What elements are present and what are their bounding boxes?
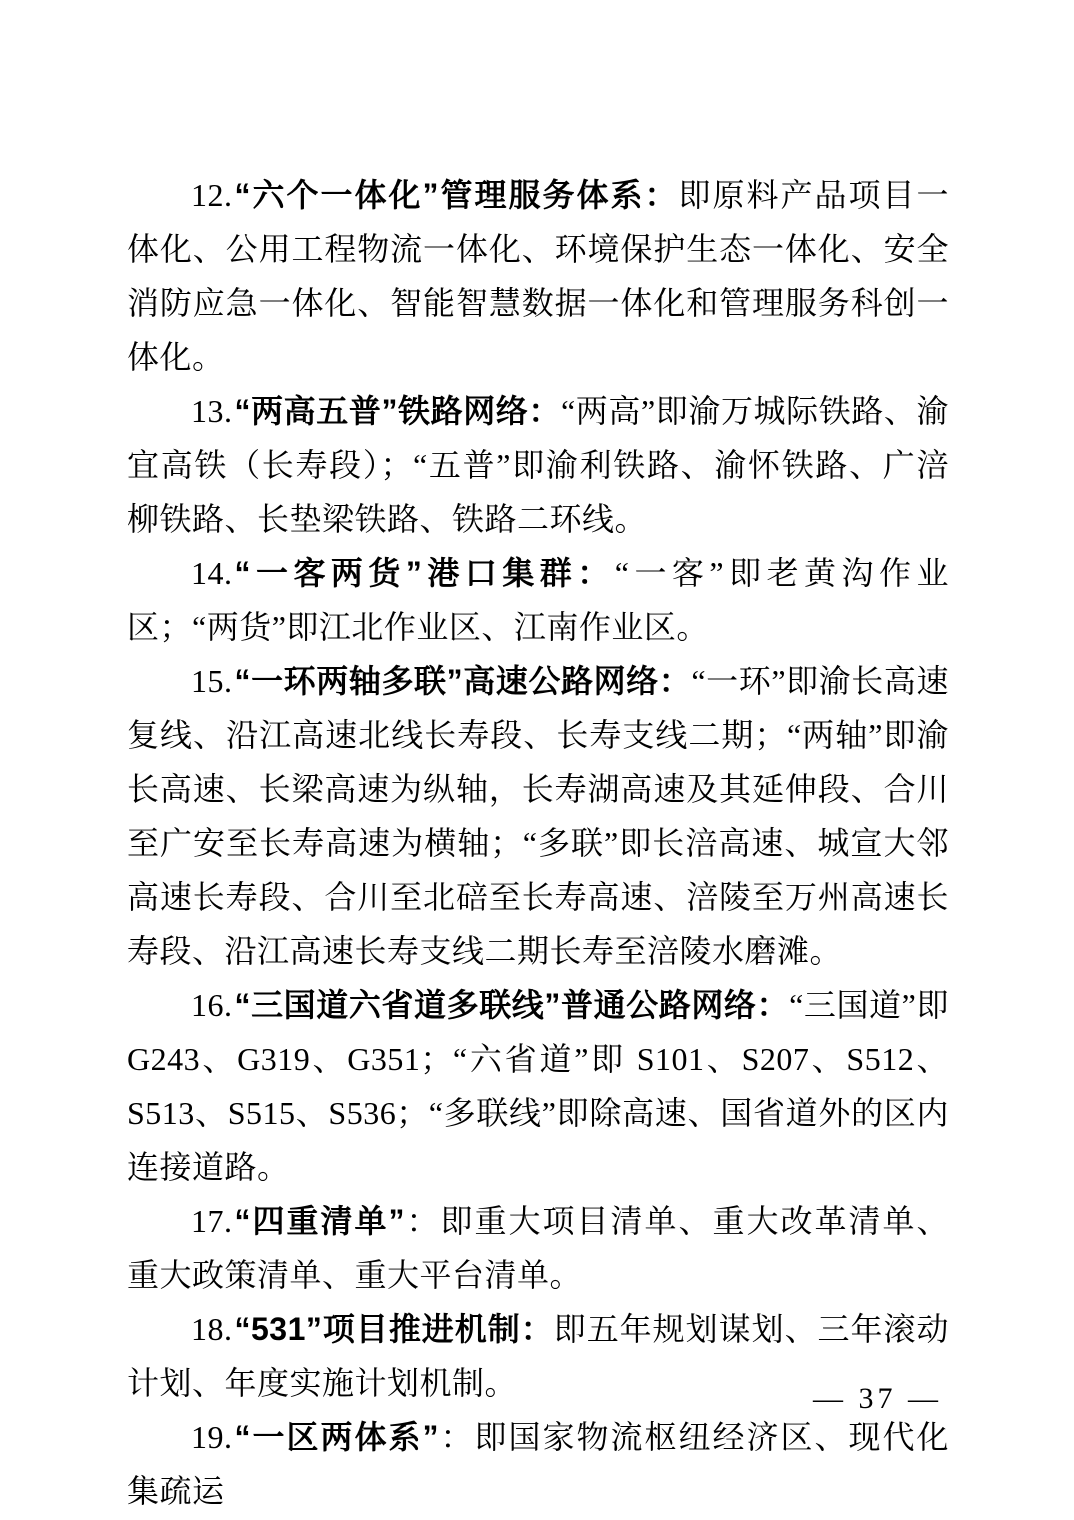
term-text: “一区两体系”: [235, 1419, 440, 1455]
paragraph-number: 16.: [191, 987, 235, 1023]
paragraph-number: 13.: [191, 393, 235, 429]
term-text: “三国道六省道多联线”普通公路网络：: [235, 987, 790, 1023]
paragraph-number: 17.: [191, 1203, 235, 1239]
paragraph-number: 15.: [191, 663, 235, 699]
paragraph: 16.“三国道六省道多联线”普通公路网络：“三国道”即 G243、G319、G3…: [127, 978, 949, 1194]
paragraph-number: 12.: [191, 177, 235, 213]
paragraph: 12.“六个一体化”管理服务体系：即原料产品项目一体化、公用工程物流一体化、环境…: [127, 168, 949, 384]
term-text: “六个一体化”管理服务体系：: [235, 177, 679, 213]
document-body: 12.“六个一体化”管理服务体系：即原料产品项目一体化、公用工程物流一体化、环境…: [127, 168, 949, 1518]
paragraph: 15.“一环两轴多联”高速公路网络：“一环”即渝长高速复线、沿江高速北线长寿段、…: [127, 654, 949, 978]
term-text: “一环两轴多联”高速公路网络：: [235, 663, 692, 699]
paragraph-number: 14.: [191, 555, 235, 591]
page-number: — 37 —: [813, 1382, 942, 1416]
document-page: 12.“六个一体化”管理服务体系：即原料产品项目一体化、公用工程物流一体化、环境…: [0, 0, 1074, 1520]
body-text: “一环”即渝长高速复线、沿江高速北线长寿段、长寿支线二期；“两轴”即渝长高速、长…: [127, 663, 949, 969]
term-text: “531”项目推进机制：: [235, 1311, 554, 1347]
term-text: “一客两货”港口集群：: [235, 555, 615, 591]
paragraph: 13.“两高五普”铁路网络：“两高”即渝万城际铁路、渝宜高铁（长寿段）；“五普”…: [127, 384, 949, 546]
term-text: “四重清单”: [235, 1203, 406, 1239]
term-text: “两高五普”铁路网络：: [235, 393, 562, 429]
paragraph: 17.“四重清单”：即重大项目清单、重大改革清单、重大政策清单、重大平台清单。: [127, 1194, 949, 1302]
paragraph: 19.“一区两体系”：即国家物流枢纽经济区、现代化集疏运: [127, 1410, 949, 1518]
paragraph-number: 19.: [191, 1419, 235, 1455]
paragraph-number: 18.: [191, 1311, 235, 1347]
paragraph: 14.“一客两货”港口集群：“一客”即老黄沟作业区；“两货”即江北作业区、江南作…: [127, 546, 949, 654]
